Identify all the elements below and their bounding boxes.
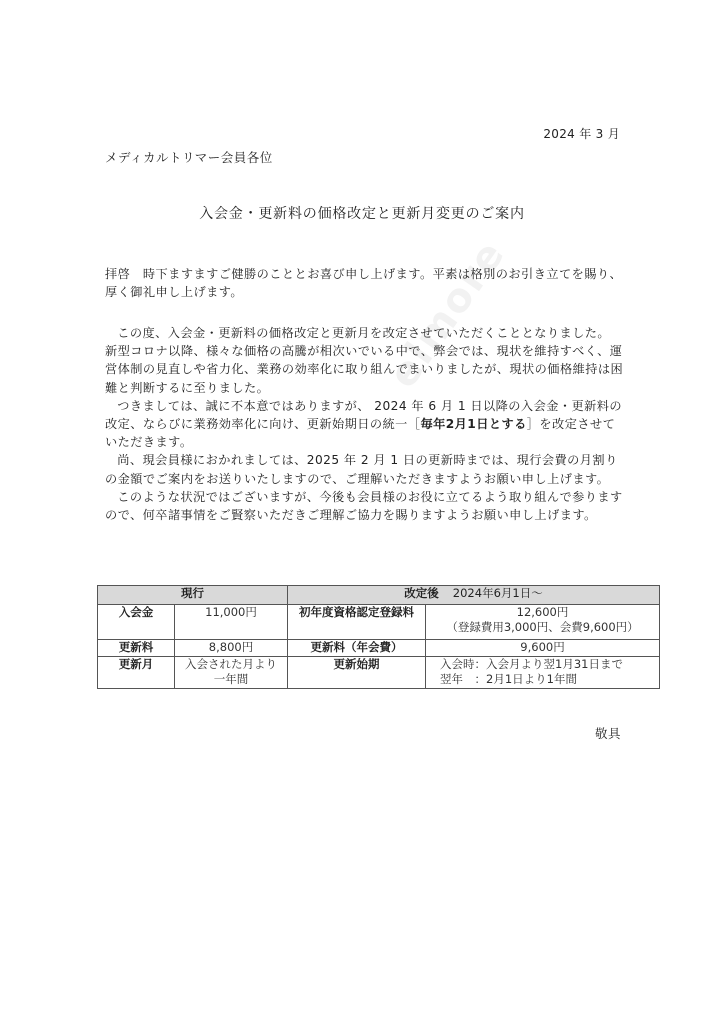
revision-highlight: 毎年2月1日とする [420,417,526,431]
current-value: 入会された月より一年間 [175,657,288,689]
revised-value: 9,600円 [426,640,660,657]
addressee: メディカルトリマー会員各位 [105,148,273,166]
current-label: 更新月 [98,657,175,689]
current-label: 更新料 [98,640,175,657]
document-date: 2024 年 3 月 [543,125,620,142]
revised-value-line-2: （登録費用3,000円、会費9,600円） [430,620,655,635]
paragraph-announcement: この度、入会金・更新料の価格改定と更新月を改定させていただくこととなりました。 [105,324,625,342]
paragraph-request: このような状況ではございますが、今後も会員様のお役に立てるよう取り組んで参ります… [105,488,625,524]
table-row: 更新料 8,800円 更新料（年会費） 9,600円 [98,640,660,657]
greeting-line-1: 拝啓 時下ますますご健勝のこととお喜び申し上げます。平素は格別のお引き立てを賜り… [105,265,625,283]
header-revised: 改定後2024年6月1日～ [288,586,660,605]
current-value-line-2: 一年間 [179,672,283,687]
revised-label: 更新料（年会費） [288,640,426,657]
fee-comparison-table: 現行 改定後2024年6月1日～ 入会金 11,000円 初年度資格認定登録料 … [97,585,660,689]
current-value-line-1: 入会された月より [179,657,283,672]
closing-remark: 敬具 [595,724,621,742]
revised-value-line-2: 翌年 ：2月1日より1年間 [440,672,655,687]
revised-value: 入会時：入会月より翌1月31日まで翌年 ：2月1日より1年間 [426,657,660,689]
table-header-row: 現行 改定後2024年6月1日～ [98,586,660,605]
greeting-paragraph: 拝啓 時下ますますご健勝のこととお喜び申し上げます。平素は格別のお引き立てを賜り… [105,265,625,301]
greeting-line-2: 厚く御礼申し上げます。 [105,283,625,301]
current-label: 入会金 [98,605,175,640]
paragraph-revision: つきましては、誠に不本意ではありますが、 2024 年 6 月 1 日以降の入会… [105,397,625,452]
header-revised-date: 2024年6月1日～ [453,586,543,600]
header-revised-label: 改定後 [404,586,439,600]
table-row: 入会金 11,000円 初年度資格認定登録料 12,600円（登録費用3,000… [98,605,660,640]
current-value: 8,800円 [175,640,288,657]
current-value: 11,000円 [175,605,288,640]
table-row: 更新月 入会された月より一年間 更新始期 入会時：入会月より翌1月31日まで翌年… [98,657,660,689]
revised-value: 12,600円（登録費用3,000円、会費9,600円） [426,605,660,640]
body-paragraphs: この度、入会金・更新料の価格改定と更新月を改定させていただくこととなりました。 … [105,324,625,524]
paragraph-current-members: 尚、現会員様におかれましては、2025 年 2 月 1 日の更新時までは、現行会… [105,451,625,487]
revised-value-line-1: 12,600円 [430,605,655,620]
revised-label: 更新始期 [288,657,426,689]
revised-value-line-1: 入会時：入会月より翌1月31日まで [440,657,655,672]
header-current: 現行 [98,586,288,605]
paragraph-reason: 新型コロナ以降、様々な価格の高騰が相次いでいる中で、弊会では、現状を維持すべく、… [105,342,625,397]
document-title: 入会金・更新料の価格改定と更新月変更のご案内 [0,203,724,223]
revised-label: 初年度資格認定登録料 [288,605,426,640]
